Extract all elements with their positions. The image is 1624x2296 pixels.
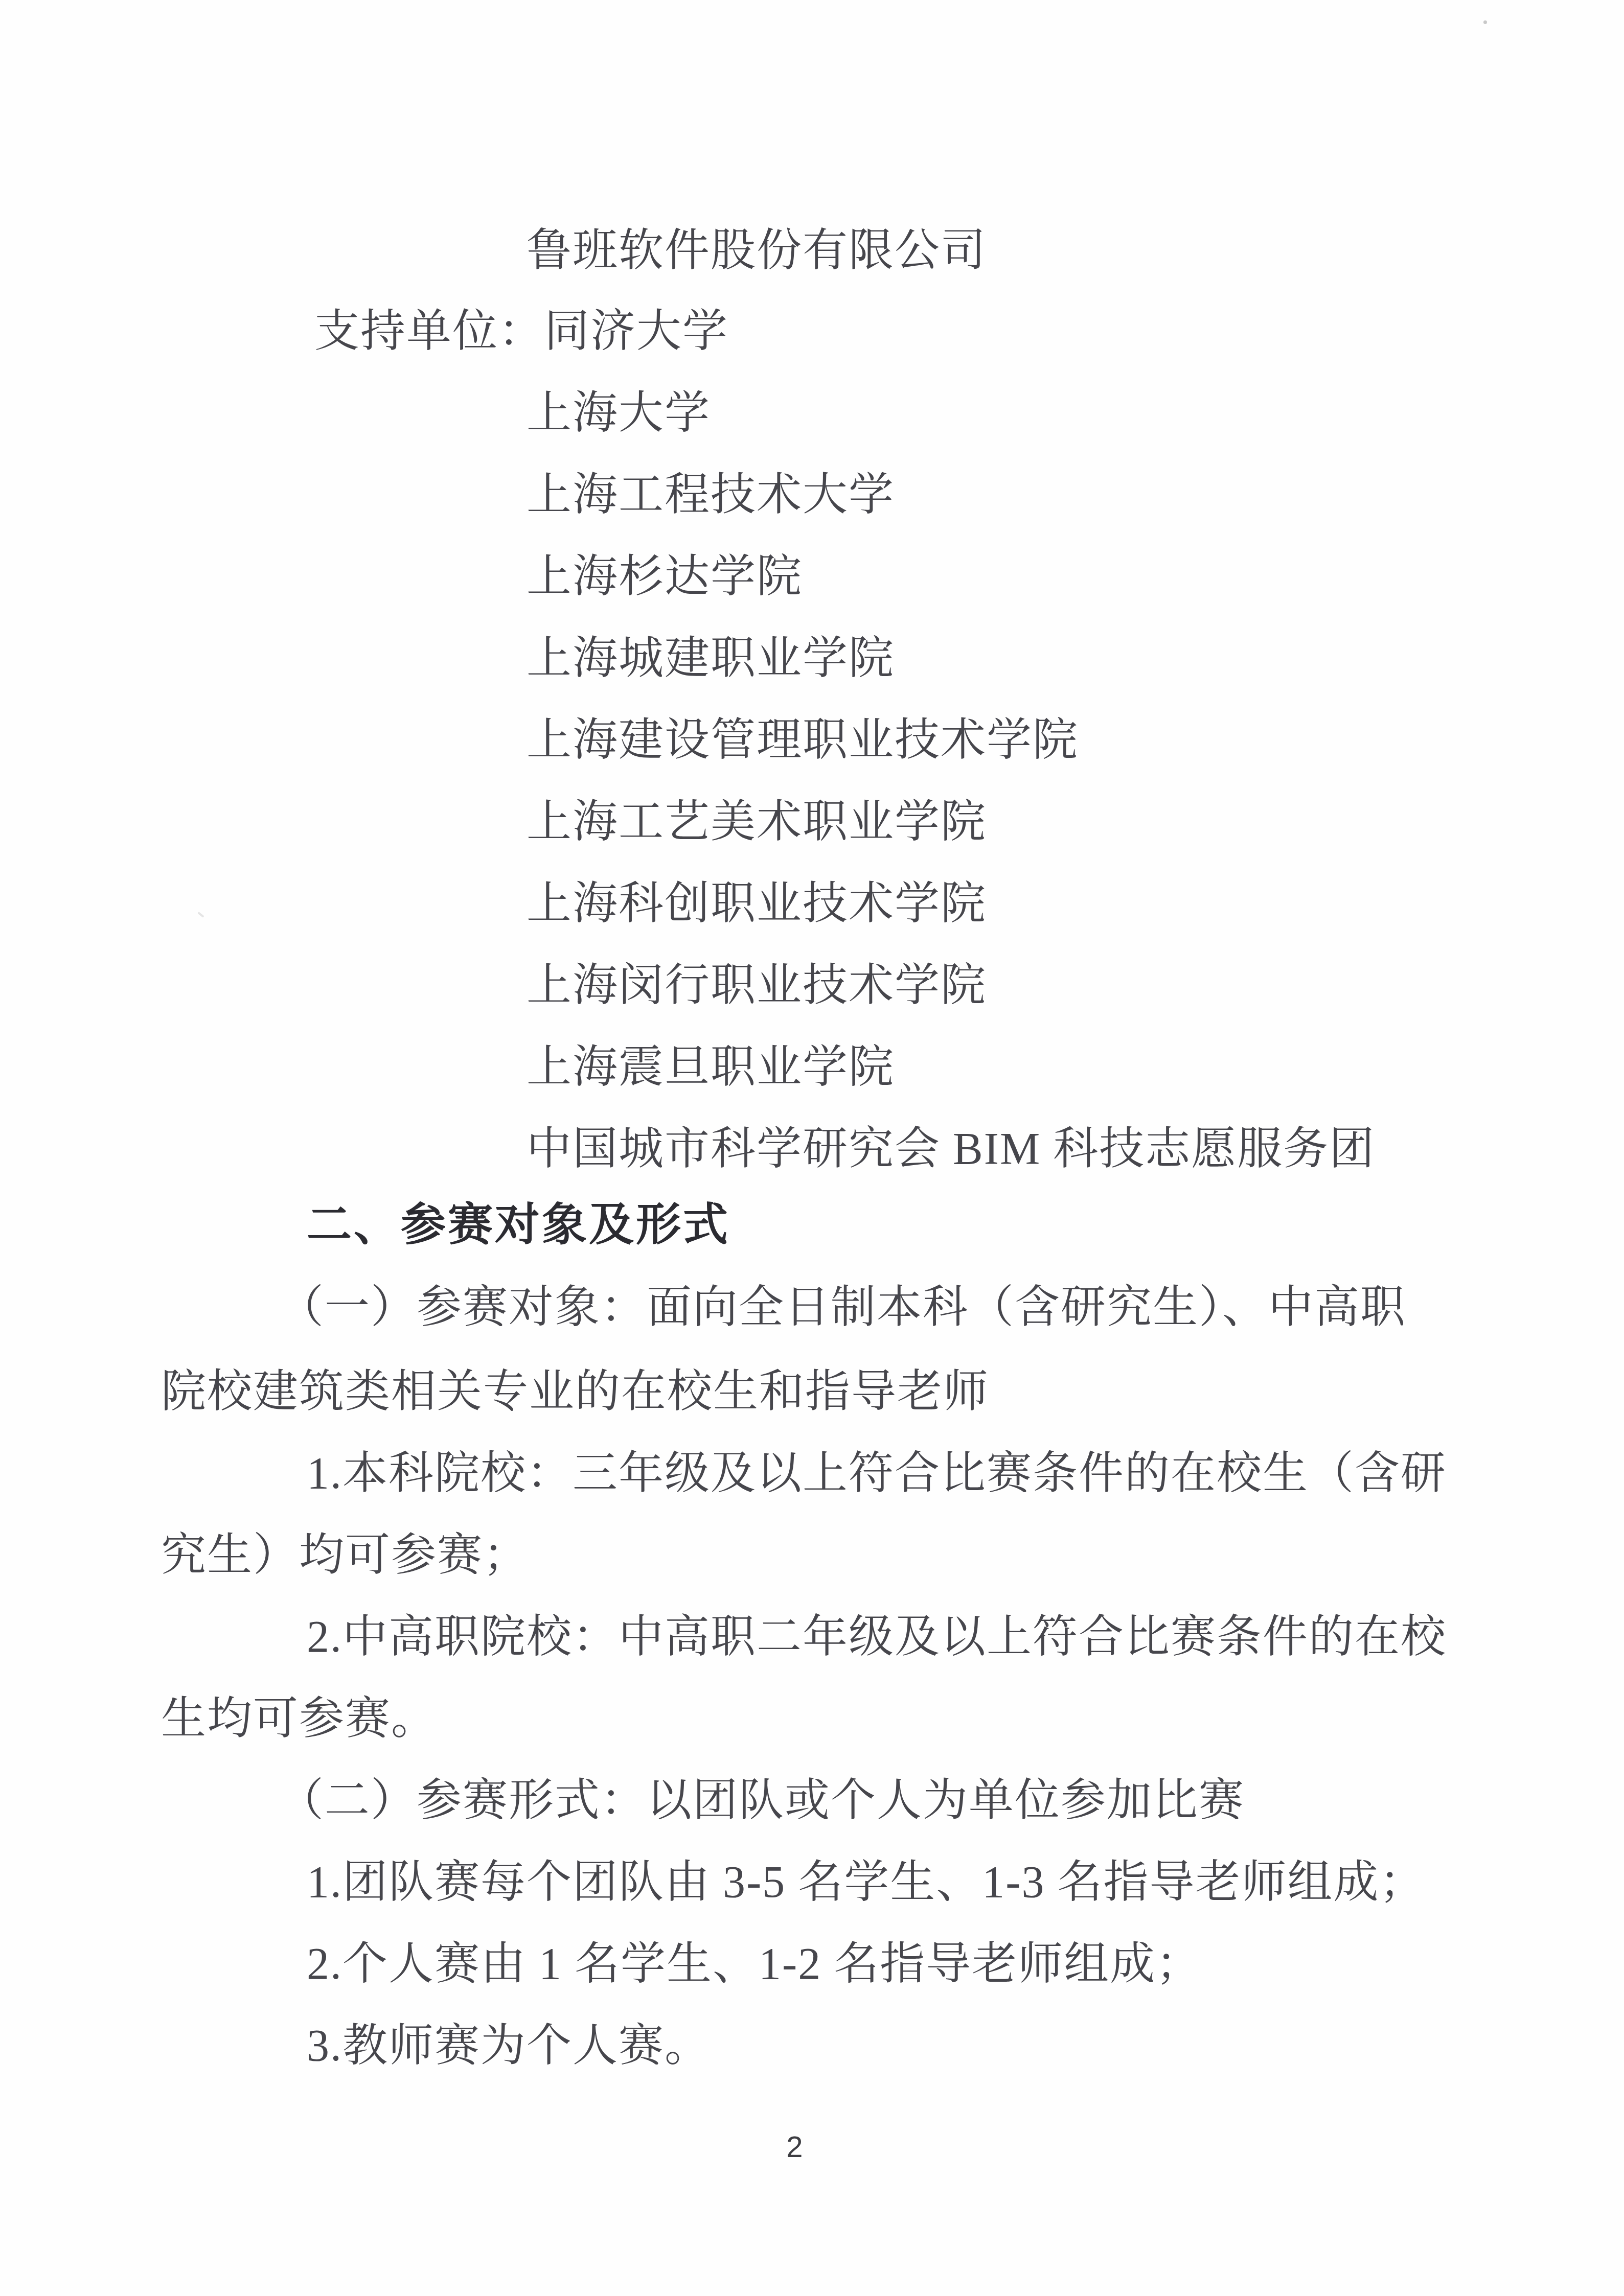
organizer-unit-line: 鲁班软件股份有限公司 (527, 226, 987, 275)
support-unit-item: 上海大学 (527, 389, 711, 438)
vocational-rule-line-2: 生均可参赛。 (161, 1695, 437, 1744)
page-number: 2 (0, 2131, 1607, 2164)
support-unit-item: 上海城建职业学院 (527, 634, 895, 683)
support-units-label-line: 支持单位：同济大学 (314, 307, 728, 356)
vocational-rule-line-1: 2.中高职院校：中高职二年级及以上符合比赛条件的在校 (307, 1613, 1447, 1662)
support-unit-item: 上海工艺美术职业学院 (527, 798, 987, 847)
support-unit-item: 同济大学 (544, 307, 728, 356)
scan-speck (1483, 20, 1487, 24)
participants-paragraph-line-1: （一）参赛对象：面向全日制本科（含研究生）、中高职 (279, 1283, 1406, 1332)
support-unit-item: 上海闵行职业技术学院 (527, 961, 987, 1010)
competition-form-paragraph: （二）参赛形式：以团队或个人为单位参加比赛 (279, 1776, 1245, 1825)
scan-speck (197, 912, 204, 918)
participants-paragraph-line-2: 院校建筑类相关专业的在校生和指导老师 (161, 1367, 989, 1417)
support-unit-item: 上海工程技术大学 (527, 471, 895, 520)
undergraduate-rule-line-2: 究生）均可参赛； (161, 1531, 529, 1580)
section-heading-participants: 二、参赛对象及形式 (307, 1200, 730, 1249)
form-rule-individual: 2.个人赛由 1 名学生、1-2 名指导老师组成； (307, 1940, 1202, 1989)
support-unit-item: 上海震旦职业学院 (527, 1043, 895, 1092)
support-unit-item: 上海杉达学院 (527, 552, 803, 601)
support-unit-item: 中国城市科学研究会 BIM 科技志愿服务团 (527, 1125, 1375, 1174)
support-unit-item: 上海科创职业技术学院 (527, 879, 987, 929)
undergraduate-rule-line-1: 1.本科院校：三年级及以上符合比赛条件的在校生（含研 (307, 1449, 1447, 1498)
form-rule-team: 1.团队赛每个团队由 3-5 名学生、1-3 名指导老师组成； (307, 1858, 1426, 1907)
support-units-label: 支持单位： (314, 307, 544, 356)
document-page: 鲁班软件股份有限公司 支持单位：同济大学 上海大学 上海工程技术大学 上海杉达学… (0, 0, 1624, 2296)
form-rule-teacher: 3.教师赛为个人赛。 (307, 2022, 711, 2071)
support-unit-item: 上海建设管理职业技术学院 (527, 716, 1079, 765)
